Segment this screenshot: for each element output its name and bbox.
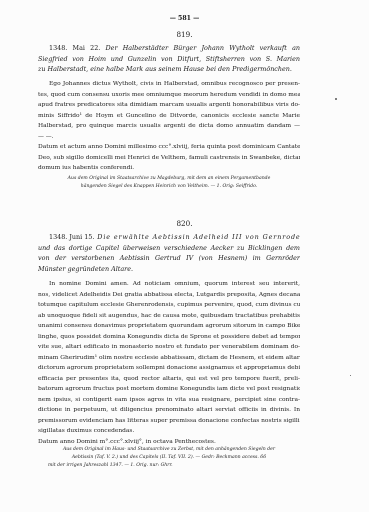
body-line: Halberstad, pro quinque marcis usualis a… xyxy=(38,121,300,132)
source-note-line: hängenden Siegel des Knappen Heinrich vo… xyxy=(38,183,300,191)
document-820-source-note: Aus dem Original im Haus- und Staatsarch… xyxy=(38,446,300,470)
document-number-819: 819. xyxy=(0,30,369,39)
body-line: Datum et actum anno Domini millesimo ccc… xyxy=(38,142,300,153)
body-line: sigillatas duximus concedendas. xyxy=(38,426,300,437)
body-line: dictorum agrorum proprietatem sollempni … xyxy=(38,363,300,374)
heading-line: von der verstorbenen Aebtissin Gertrud I… xyxy=(38,253,300,264)
page-number: — 581 — xyxy=(0,15,369,22)
body-line: In nomine Domini amen. Ad noticiam omniu… xyxy=(38,279,300,290)
heading-line: Münster gegründeten Altare. xyxy=(38,264,300,275)
document-number-820: 820. xyxy=(0,219,369,228)
heading-line: 1348. Juni 15. Die erwählte Aebtissin Ad… xyxy=(38,232,300,243)
body-line: linghe, quos possidet domina Konegundis … xyxy=(38,332,300,343)
document-819-heading: 1348. Mai 22. Der Halberstädter Bürger J… xyxy=(38,43,300,75)
body-line: nem ipsius, si contigerit eam ipsos agro… xyxy=(38,395,300,406)
body-line: unanimi consensu donavimus proprietatem … xyxy=(38,321,300,332)
document-820-body: In nomine Domini amen. Ad noticiam omniu… xyxy=(38,279,300,447)
body-line: minis Siffrido¹ de Hoym et Guncelino de … xyxy=(38,111,300,122)
document-820-heading: 1348. Juni 15. Die erwählte Aebtissin Ad… xyxy=(38,232,300,274)
body-line: ab unoquoque fideli sit augendus, hac de… xyxy=(38,311,300,322)
body-line: Deo, sub sigillo domicelli mei Henrici d… xyxy=(38,153,300,164)
source-note-line: mit der irrigen Jahreszahl 1347. — 1. Or… xyxy=(38,462,300,470)
body-line: Ego Johannes dictus Wytholt, civis in Ha… xyxy=(38,79,300,90)
body-line: batorum agrorum fructus post mortem domi… xyxy=(38,384,300,395)
source-note-line: Aebtissin (Taf. V. 2.) und des Capitels … xyxy=(38,454,300,462)
heading-line: 1348. Mai 22. Der Halberstädter Bürger J… xyxy=(38,43,300,54)
body-line: dictione in perpetuum, ut diligencius pr… xyxy=(38,405,300,416)
document-page: — 581 — 819. 1348. Mai 22. Der Halberstä… xyxy=(0,0,369,512)
scan-speck xyxy=(350,375,351,376)
body-line: nos, videlicet Adelheidis Dei gratia abb… xyxy=(38,290,300,301)
body-line: domum ius habentis conferendi. xyxy=(38,163,300,174)
body-line: minam Gherirudim¹ olim nostre ecclesie a… xyxy=(38,353,300,364)
document-819-body: Ego Johannes dictus Wytholt, civis in Ha… xyxy=(38,79,300,174)
body-line: apud fratres predicatores sita dimidiam … xyxy=(38,100,300,111)
body-line: totumque capitulum ecclesie Gherenrodens… xyxy=(38,300,300,311)
body-line: premissorum evidenciam has litteras supe… xyxy=(38,416,300,427)
document-819-source-note: Aus dem Original im Staatsarchive zu Mag… xyxy=(38,175,300,191)
heading-line: und das dortige Capitel überweisen versc… xyxy=(38,243,300,254)
heading-line: Siegfried von Hoim und Gunzelin von Ditf… xyxy=(38,54,300,65)
body-line: vite sue, altari edificato in monasterio… xyxy=(38,342,300,353)
body-line: efficacia per presentes ita, quod rector… xyxy=(38,374,300,385)
source-note-line: Aus dem Original im Staatsarchive zu Mag… xyxy=(38,175,300,183)
body-line: — —. xyxy=(38,132,300,143)
body-line: tes, quod cum consensu uxoris mee omnium… xyxy=(38,90,300,101)
source-note-line: Aus dem Original im Haus- und Staatsarch… xyxy=(38,446,300,454)
heading-line: zu Halberstadt, eine halbe Mark aus sein… xyxy=(38,64,300,75)
scan-speck xyxy=(335,98,337,100)
